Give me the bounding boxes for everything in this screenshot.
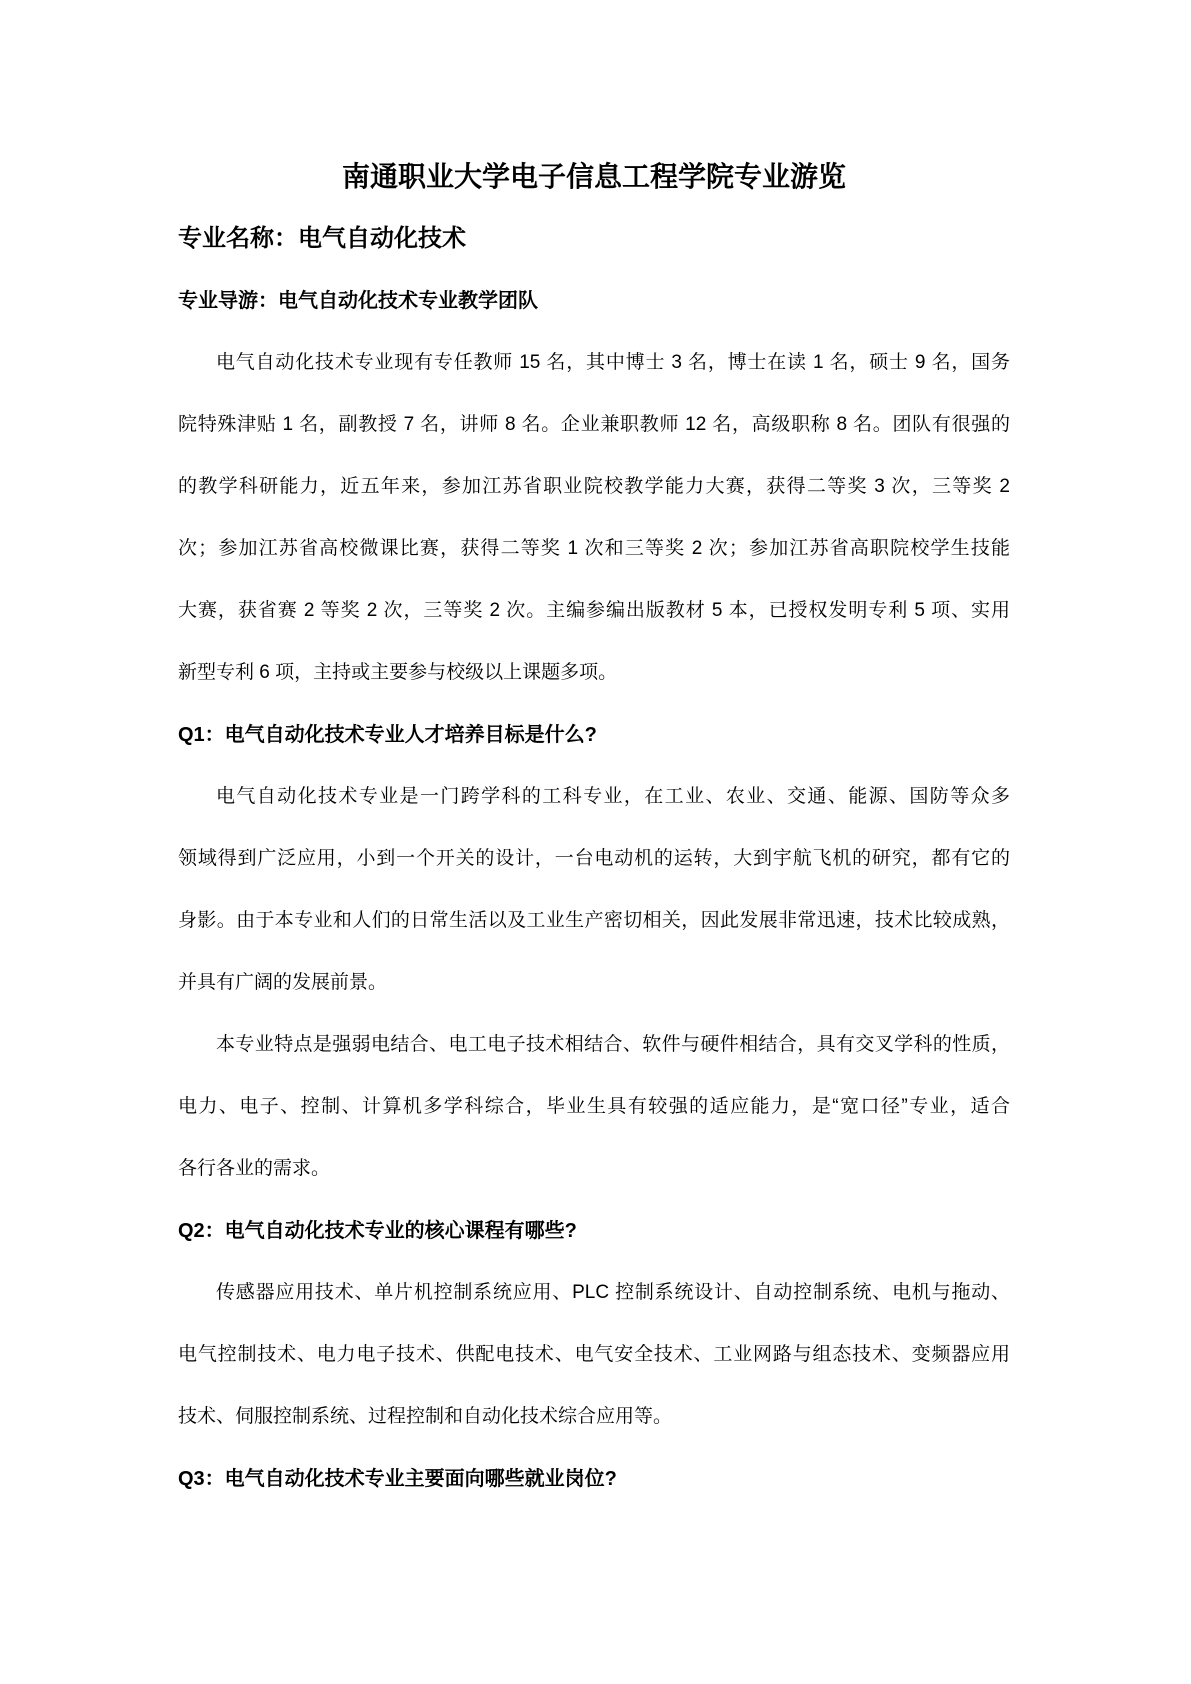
document-body: 南通职业大学电子信息工程学院专业游览专业名称：电气自动化技术专业导游：电气自动化… bbox=[178, 146, 1010, 1510]
team-intro-paragraph-line: 的教学科研能力，近五年来，参加江苏省职业院校教学能力大赛，获得二等奖 3 次，三… bbox=[178, 456, 1010, 518]
team-intro-paragraph-line: 大赛，获省赛 2 等奖 2 次，三等奖 2 次。主编参编出版教材 5 本，已授权… bbox=[178, 580, 1010, 642]
q1-answer-paragraph-2-line: 各行各业的需求。 bbox=[178, 1138, 1010, 1200]
team-intro-paragraph-line: 院特殊津贴 1 名，副教授 7 名，讲师 8 名。企业兼职教师 12 名，高级职… bbox=[178, 394, 1010, 456]
document-title: 南通职业大学电子信息工程学院专业游览 bbox=[178, 146, 1010, 208]
q1-answer-paragraph-1-line: 领域得到广泛应用，小到一个开关的设计，一台电动机的运转，大到宇航飞机的研究，都有… bbox=[178, 828, 1010, 890]
team-intro-paragraph-line: 次；参加江苏省高校微课比赛，获得二等奖 1 次和三等奖 2 次；参加江苏省高职院… bbox=[178, 518, 1010, 580]
q1-answer-paragraph-2-line: 本专业特点是强弱电结合、电工电子技术相结合、软件与硬件相结合，具有交叉学科的性质… bbox=[178, 1014, 1010, 1076]
q1-answer-paragraph-1-line: 电气自动化技术专业是一门跨学科的工科专业，在工业、农业、交通、能源、国防等众多 bbox=[178, 766, 1010, 828]
q2-answer-paragraph-line: 电气控制技术、电力电子技术、供配电技术、电气安全技术、工业网路与组态技术、变频器… bbox=[178, 1324, 1010, 1386]
q2-answer-paragraph-line: 技术、伺服控制系统、过程控制和自动化技术综合应用等。 bbox=[178, 1386, 1010, 1448]
document-page: 南通职业大学电子信息工程学院专业游览专业名称：电气自动化技术专业导游：电气自动化… bbox=[0, 0, 1191, 1684]
team-intro-paragraph-line: 电气自动化技术专业现有专任教师 15 名，其中博士 3 名，博士在读 1 名，硕… bbox=[178, 332, 1010, 394]
q1-answer-paragraph-2-line: 电力、电子、控制、计算机多学科综合，毕业生具有较强的适应能力，是“宽口径”专业，… bbox=[178, 1076, 1010, 1138]
question-q2: Q2：电气自动化技术专业的核心课程有哪些? bbox=[178, 1200, 1010, 1262]
team-intro-paragraph-line: 新型专利 6 项，主持或主要参与校级以上课题多项。 bbox=[178, 642, 1010, 704]
q1-answer-paragraph-1-line: 并具有广阔的发展前景。 bbox=[178, 952, 1010, 1014]
major-guide-heading: 专业导游：电气自动化技术专业教学团队 bbox=[178, 270, 1010, 332]
q2-answer-paragraph-line: 传感器应用技术、单片机控制系统应用、PLC 控制系统设计、自动控制系统、电机与拖… bbox=[178, 1262, 1010, 1324]
major-name-heading: 专业名称：电气自动化技术 bbox=[178, 208, 1010, 270]
question-q3: Q3：电气自动化技术专业主要面向哪些就业岗位? bbox=[178, 1448, 1010, 1510]
question-q1: Q1：电气自动化技术专业人才培养目标是什么? bbox=[178, 704, 1010, 766]
q1-answer-paragraph-1-line: 身影。由于本专业和人们的日常生活以及工业生产密切相关，因此发展非常迅速，技术比较… bbox=[178, 890, 1010, 952]
